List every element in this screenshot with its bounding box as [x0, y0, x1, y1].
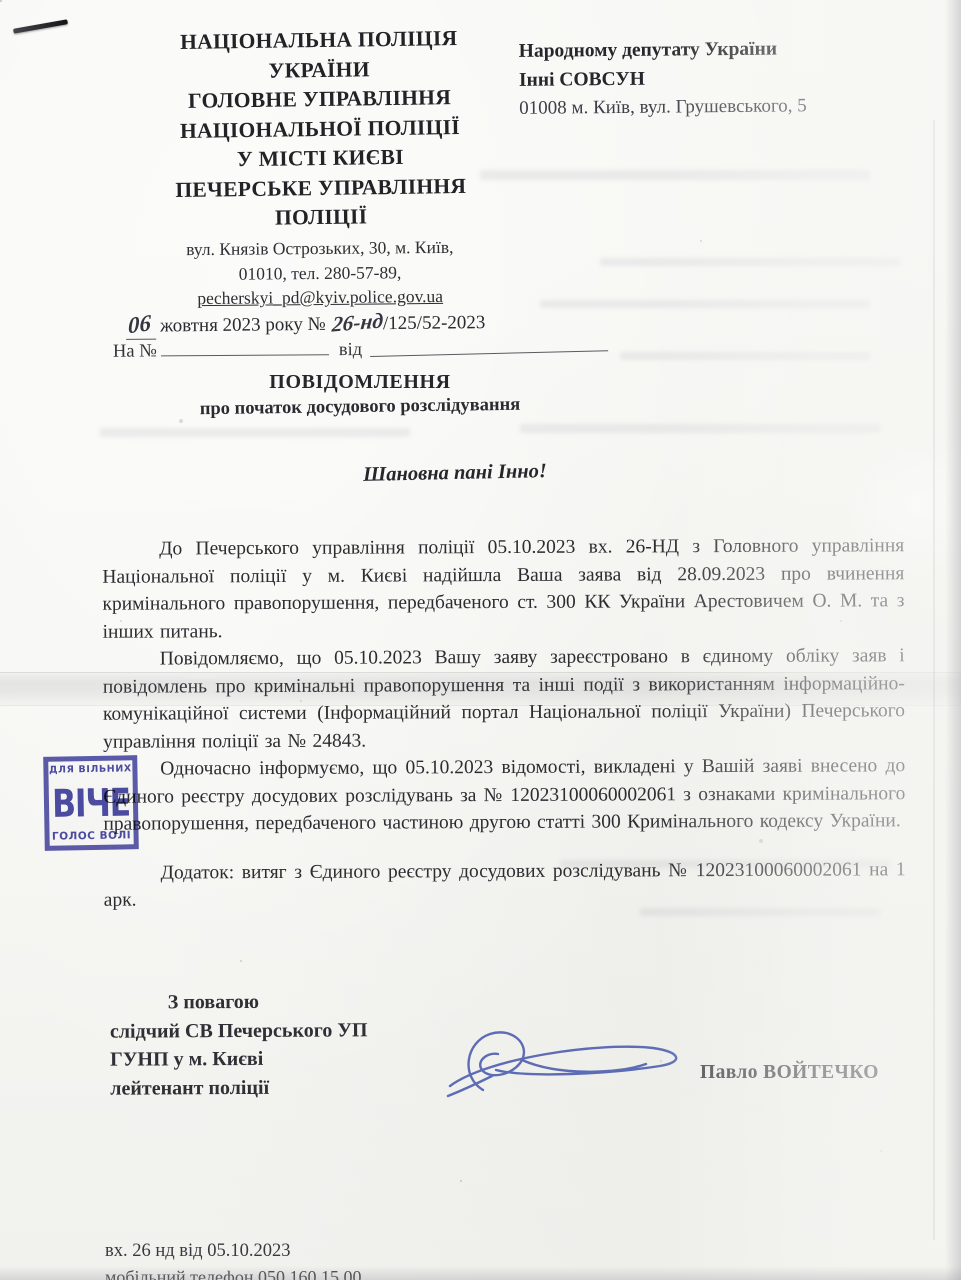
- bleed-through-smudge: [100, 428, 410, 437]
- blank-underline: [370, 335, 608, 357]
- bleed-through-smudge: [520, 424, 880, 433]
- outgoing-number-line: 06жовтня 2023 року №26-нд/125/52-2023: [126, 308, 486, 340]
- signer-position: слідчий СВ Печерського УП: [110, 1016, 368, 1046]
- handwritten-day-underline: 06: [126, 312, 156, 340]
- signer-position: лейтенант поліції: [110, 1073, 368, 1103]
- bleed-through-smudge: [620, 352, 870, 360]
- number-tail: /125/52-2023: [383, 312, 486, 334]
- stamp-main-label: ВІЧЕ: [52, 782, 131, 823]
- bleed-through-smudge: [600, 258, 900, 266]
- org-line: ПОЛІЦІЇ: [91, 200, 551, 236]
- from-label: від: [339, 340, 362, 360]
- closing-phrase: З повагою: [168, 988, 259, 1017]
- staple-mark: [13, 19, 68, 33]
- stamp-top-label: ДЛЯ ВІЛЬНИХ: [49, 763, 132, 775]
- handwritten-day: 06: [128, 310, 151, 339]
- date-text: жовтня 2023 року №: [160, 314, 326, 337]
- blank-underline: [161, 339, 329, 356]
- body-paragraph-3: Одночасно інформуємо, що 05.10.2023 відо…: [103, 752, 905, 838]
- reference-line: На №від: [113, 337, 608, 362]
- on-number-label: На №: [113, 341, 157, 361]
- viche-stamp: ДЛЯ ВІЛЬНИХ ВІЧЕ ГОЛОС ВОЛІ: [43, 755, 139, 851]
- signer-position: ГУНП у м. Києві: [110, 1044, 368, 1074]
- recipient-title: Народному депутату України: [519, 34, 939, 66]
- recipient-address: 01008 м. Київ, вул. Грушевського, 5: [519, 91, 939, 123]
- document-title: ПОВІДОМЛЕННЯ: [130, 371, 590, 394]
- scan-noise-dots: [0, 0, 2, 2]
- signature-block: З повагою слідчий СВ Печерського УП ГУНП…: [110, 987, 368, 1102]
- page-edge-shadow-right: [945, 0, 961, 1280]
- letter-body: До Печерського управління поліції 05.10.…: [102, 532, 906, 914]
- stamp-bottom-label: ГОЛОС ВОЛІ: [52, 829, 131, 842]
- bleed-through-smudge: [540, 300, 870, 308]
- signer-name: Павло ВОЙТЕЧКО: [700, 1062, 879, 1084]
- handwritten-number: 26-нд: [331, 308, 384, 337]
- page-edge-shadow-bottom: [0, 1266, 961, 1280]
- handwritten-signature: [438, 1018, 688, 1113]
- attachment-paragraph: Додаток: витяг з Єдиного реєстру досудов…: [104, 856, 906, 914]
- body-paragraph-2: Повідомляємо, що 05.10.2023 Вашу заяву з…: [103, 642, 905, 755]
- document-subtitle: про початок досудового розслідування: [120, 394, 600, 422]
- sender-address: вул. Князів Острозьких, 30, м. Київ, 010…: [90, 234, 551, 312]
- salutation: Шановна пані Інно!: [290, 459, 620, 489]
- scanned-letter-page: НАЦІОНАЛЬНА ПОЛІЦІЯ УКРАЇНИ ГОЛОВНЕ УПРА…: [0, 0, 961, 1280]
- sender-letterhead: НАЦІОНАЛЬНА ПОЛІЦІЯ УКРАЇНИ ГОЛОВНЕ УПРА…: [89, 23, 552, 236]
- body-paragraph-1: До Печерського управління поліції 05.10.…: [102, 532, 904, 645]
- incoming-registration-note: вх. 26 нд від 05.10.2023: [105, 1241, 290, 1262]
- recipient-block: Народному депутату України Інні СОВСУН 0…: [519, 34, 940, 123]
- scan-edge-line: [933, 120, 935, 1240]
- recipient-name: Інні СОВСУН: [519, 63, 939, 95]
